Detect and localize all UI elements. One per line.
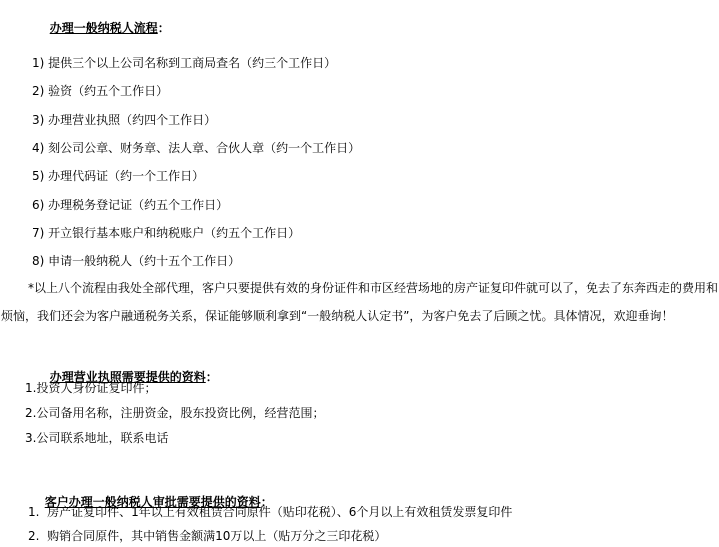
process-list-item: 3) 办理营业执照（约四个工作日） — [32, 113, 216, 127]
license-materials-heading-colon: ： — [206, 370, 218, 384]
document-page: 办理一般纳税人流程： 1) 提供三个以上公司名称到工商局查名（约三个工作日） 2… — [0, 0, 719, 547]
process-list-item: 2) 验资（约五个工作日） — [32, 84, 168, 98]
process-list-item: 4) 刻公司公章、财务章、法人章、合伙人章（约一个工作日） — [32, 141, 360, 155]
process-list-item: 5) 办理代码证（约一个工作日） — [32, 169, 204, 183]
process-heading-text: 办理一般纳税人流程 — [50, 21, 158, 35]
process-list-item: 6) 办理税务登记证（约五个工作日） — [32, 198, 228, 212]
license-materials-item: 1.投资人身份证复印件； — [25, 381, 156, 395]
process-list-item: 7) 开立银行基本账户和纳税账户（约五个工作日） — [32, 226, 300, 240]
agency-note-paragraph: *以上八个流程由我处全部代理，客户只要提供有效的身份证件和市区经营场地的房产证复… — [1, 274, 718, 330]
process-section-heading: 办理一般纳税人流程： — [33, 7, 170, 49]
approval-materials-item: 1. 房产证复印件、1年以上有效租赁合同原件（贴印花税）、6个月以上有效租赁发票… — [28, 505, 708, 519]
license-materials-item: 3.公司联系地址，联系电话 — [25, 431, 168, 445]
process-list-item: 8) 申请一般纳税人（约十五个工作日） — [32, 254, 240, 268]
license-materials-item: 2.公司备用名称，注册资金，股东投资比例，经营范围； — [25, 406, 324, 420]
approval-materials-item: 2. 购销合同原件，其中销售金额满10万以上（贴万分之三印花税） — [28, 529, 708, 543]
process-heading-colon: ： — [158, 21, 170, 35]
process-list-item: 1) 提供三个以上公司名称到工商局查名（约三个工作日） — [32, 56, 336, 70]
